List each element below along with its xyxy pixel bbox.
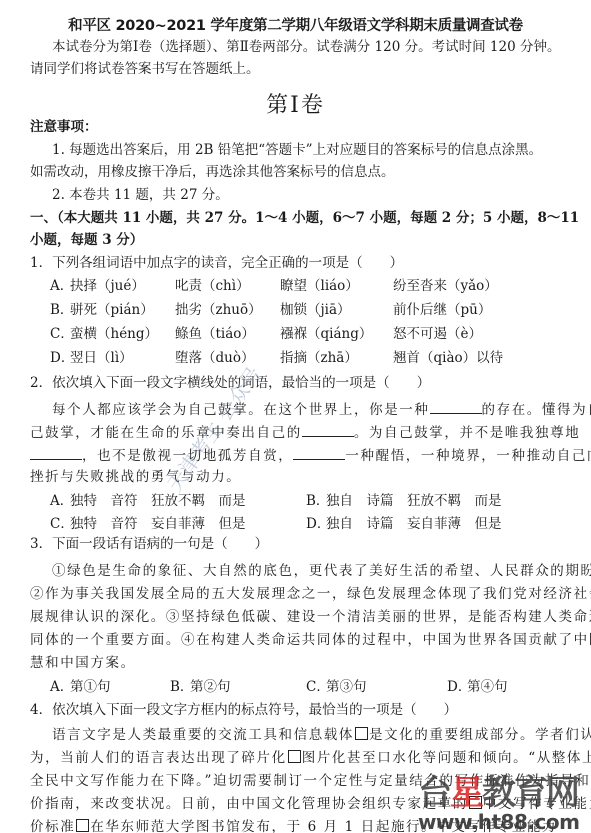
question-4-passage-line-2: 为，当前人们的语言表达出现了碎片化图片化甚至口水化等问题和倾向。“从整体上说，	[30, 749, 569, 767]
question-3-passage-line-5: 慧和中国方案。	[30, 654, 569, 672]
option-item: 瞭望（liáo）	[280, 277, 359, 295]
intro-line-2: 请同学们将试卷答案书写在答题纸上。	[30, 60, 569, 78]
question-2-passage-line-4: 挫折与失败挑战的勇气与动力。	[30, 468, 569, 486]
option-item: 纷至沓来（yǎo）	[393, 277, 498, 295]
passage-text: 一种醒悟，一种境界，一种推动自己向	[345, 448, 591, 464]
passage-text: 图片化甚至口水化等问题和倾向。“从整体上说，	[302, 750, 591, 766]
passage-text: 中文写作专业能力评	[483, 796, 591, 812]
passage-text: ，也不是傲视一切地孤芳自赏，	[82, 448, 293, 464]
question-3-passage-line-1: ①绿色是生命的象征、大自然的底色，更代表了美好生活的希望、人民群众的期盼。	[52, 562, 569, 580]
passage-text: 价标准	[30, 819, 75, 833]
option-text: 独自 诗篇 妄自菲薄 但是	[326, 515, 502, 533]
question-3-stem: 3．下面一段话有语病的一句是（ ）	[30, 535, 569, 553]
question-2-passage-line-2: 己鼓掌，才能在生命的乐章中奏出自己的。为自己鼓掌，并不是唯我独尊地	[30, 422, 569, 442]
option-item: 叱责（chì）	[175, 277, 250, 295]
question-4-stem: 4．依次填入下面一段文字方框内的标点符号，最恰当的一项是（ ）	[30, 701, 569, 719]
fill-blank-4	[293, 445, 345, 460]
option-item: 指摘（zhā）	[280, 349, 358, 367]
question-1-stem: 1．下列各组词语中加点字的读音，完全正确的一项是（ ）	[30, 254, 569, 272]
passage-text: 在华东师范大学图书馆发布，于 6 月 1 日起施行。中文写作专业能力	[90, 819, 557, 833]
question-4-passage-line-1: 语言文字是人类最重要的交流工具和信息载体是文化的重要组成部分。学者们认	[52, 726, 569, 744]
question-4-passage-line-4: 价指南，来改变状况。日前，由中国文化管理协会组织专家起草的中文写作专业能力评	[30, 795, 569, 813]
option-text: 第③句	[326, 678, 367, 696]
fill-blank-1	[430, 399, 482, 414]
section-1-header-line-1: 一、（本大题共 11 小题，共 27 分。1～4 小题，6～7 小题，每题 2 …	[30, 209, 569, 227]
section-1-header-line-2: 小题，每题 3 分）	[30, 231, 569, 249]
question-4-passage-line-5: 价标准在华东师范大学图书馆发布，于 6 月 1 日起施行。中文写作专业能力	[30, 818, 569, 833]
fill-blank-2	[302, 422, 354, 437]
option-text: 独自 诗篇 狂放不羁 而是	[326, 492, 502, 510]
option-item: 襁褓（qiáng）	[280, 325, 372, 343]
part-title: 第Ⅰ卷	[0, 88, 591, 119]
option-text: 第④句	[467, 678, 508, 696]
question-3-passage-line-4: 同体的一个重要方面。④在构建人类命运共同体的过程中，中国为世界各国贡献了中国智	[30, 631, 569, 649]
punctuation-box-1	[355, 727, 368, 740]
exam-title: 和平区 2020~2021 学年度第二学期八年级语文学科期末质量调查试卷	[0, 14, 591, 35]
option-item: 蛮横（héng）	[70, 325, 158, 343]
question-3-passage-line-3: 展规律认识的深化。③坚持绿色低碳、建设一个清洁美丽的世界，是能否构建人类命运共	[30, 608, 569, 626]
passage-text: 己鼓掌，才能在生命的乐章中奏出自己的	[30, 425, 302, 441]
option-item: 鲦鱼（tiáo）	[175, 325, 255, 343]
passage-text: 为，当前人们的语言表达出现了碎片化	[30, 750, 287, 766]
notes-item-1-line-1: 1. 每题选出答案后，用 2B 铅笔把“答题卡”上对应题目的答案标号的信息点涂黑…	[52, 141, 569, 159]
option-item: 抉择（jué）	[70, 277, 145, 295]
option-item: 翌日（lì）	[70, 349, 133, 367]
question-3-passage-line-2: ②作为事关我国发展全局的五大发展理念之一，绿色发展理念体现了我们党对经济社会发	[30, 585, 569, 603]
passage-text: 价指南，来改变状况。日前，由中国文化管理协会组织专家起草的	[30, 796, 468, 812]
question-2-passage-line-3: ，也不是傲视一切地孤芳自赏，一种醒悟，一种境界，一种推动自己向	[30, 445, 569, 465]
notes-heading: 注意事项：	[30, 118, 569, 136]
option-item: 骈死（pián）	[70, 301, 154, 319]
notes-item-2: 2. 本卷共 11 题，共 27 分。	[52, 186, 569, 204]
question-2-stem: 2．依次填入下面一段文字横线处的词语，最恰当的一项是（ ）	[30, 374, 569, 392]
exam-page: 和平区 2020~2021 学年度第二学期八年级语文学科期末质量调查试卷 本试卷…	[0, 0, 591, 833]
fill-blank-3	[30, 445, 82, 460]
punctuation-box-2	[288, 750, 301, 763]
punctuation-box-4	[76, 819, 89, 832]
question-2-passage-line-1: 每个人都应该学会为自己鼓掌。在这个世界上，你是一种的存在。懂得为自	[52, 399, 569, 419]
option-text: 独特 音符 妄自菲薄 但是	[70, 515, 246, 533]
passage-text: 。为自己鼓掌，并不是唯我独尊地	[354, 425, 581, 441]
question-4-passage-line-3: 全民中文写作能力在下降。”迫切需要制订一个定性与定量结合的写作标准作为指导和评	[30, 772, 569, 790]
passage-text: 每个人都应该学会为自己鼓掌。在这个世界上，你是一种	[52, 402, 430, 418]
option-item: 拙劣（zhuō）	[175, 301, 262, 319]
option-item: 翘首（qiào）以待	[393, 349, 503, 367]
passage-text: 是文化的重要组成部分。学者们认	[369, 727, 591, 743]
passage-text: 语言文字是人类最重要的交流工具和信息载体	[52, 727, 354, 743]
intro-line-1: 本试卷分为第Ⅰ卷（选择题）、第Ⅱ卷两部分。试卷满分 120 分。考试时间 120…	[52, 38, 569, 56]
passage-text: 的存在。懂得为自	[482, 402, 591, 418]
option-item: 堕落（duò）	[175, 349, 254, 367]
punctuation-box-3	[469, 796, 482, 809]
notes-item-1-line-2: 如需改动，用橡皮擦干净后，再选涂其他答案标号的信息点。	[30, 163, 569, 181]
option-text: 第②句	[190, 678, 231, 696]
option-text: 第①句	[70, 678, 111, 696]
option-item: 前仆后继（pū）	[393, 301, 491, 319]
option-item: 枷锁（jiā）	[280, 301, 351, 319]
option-item: 怒不可遏（è）	[393, 325, 482, 343]
option-text: 独特 音符 狂放不羁 而是	[70, 492, 246, 510]
